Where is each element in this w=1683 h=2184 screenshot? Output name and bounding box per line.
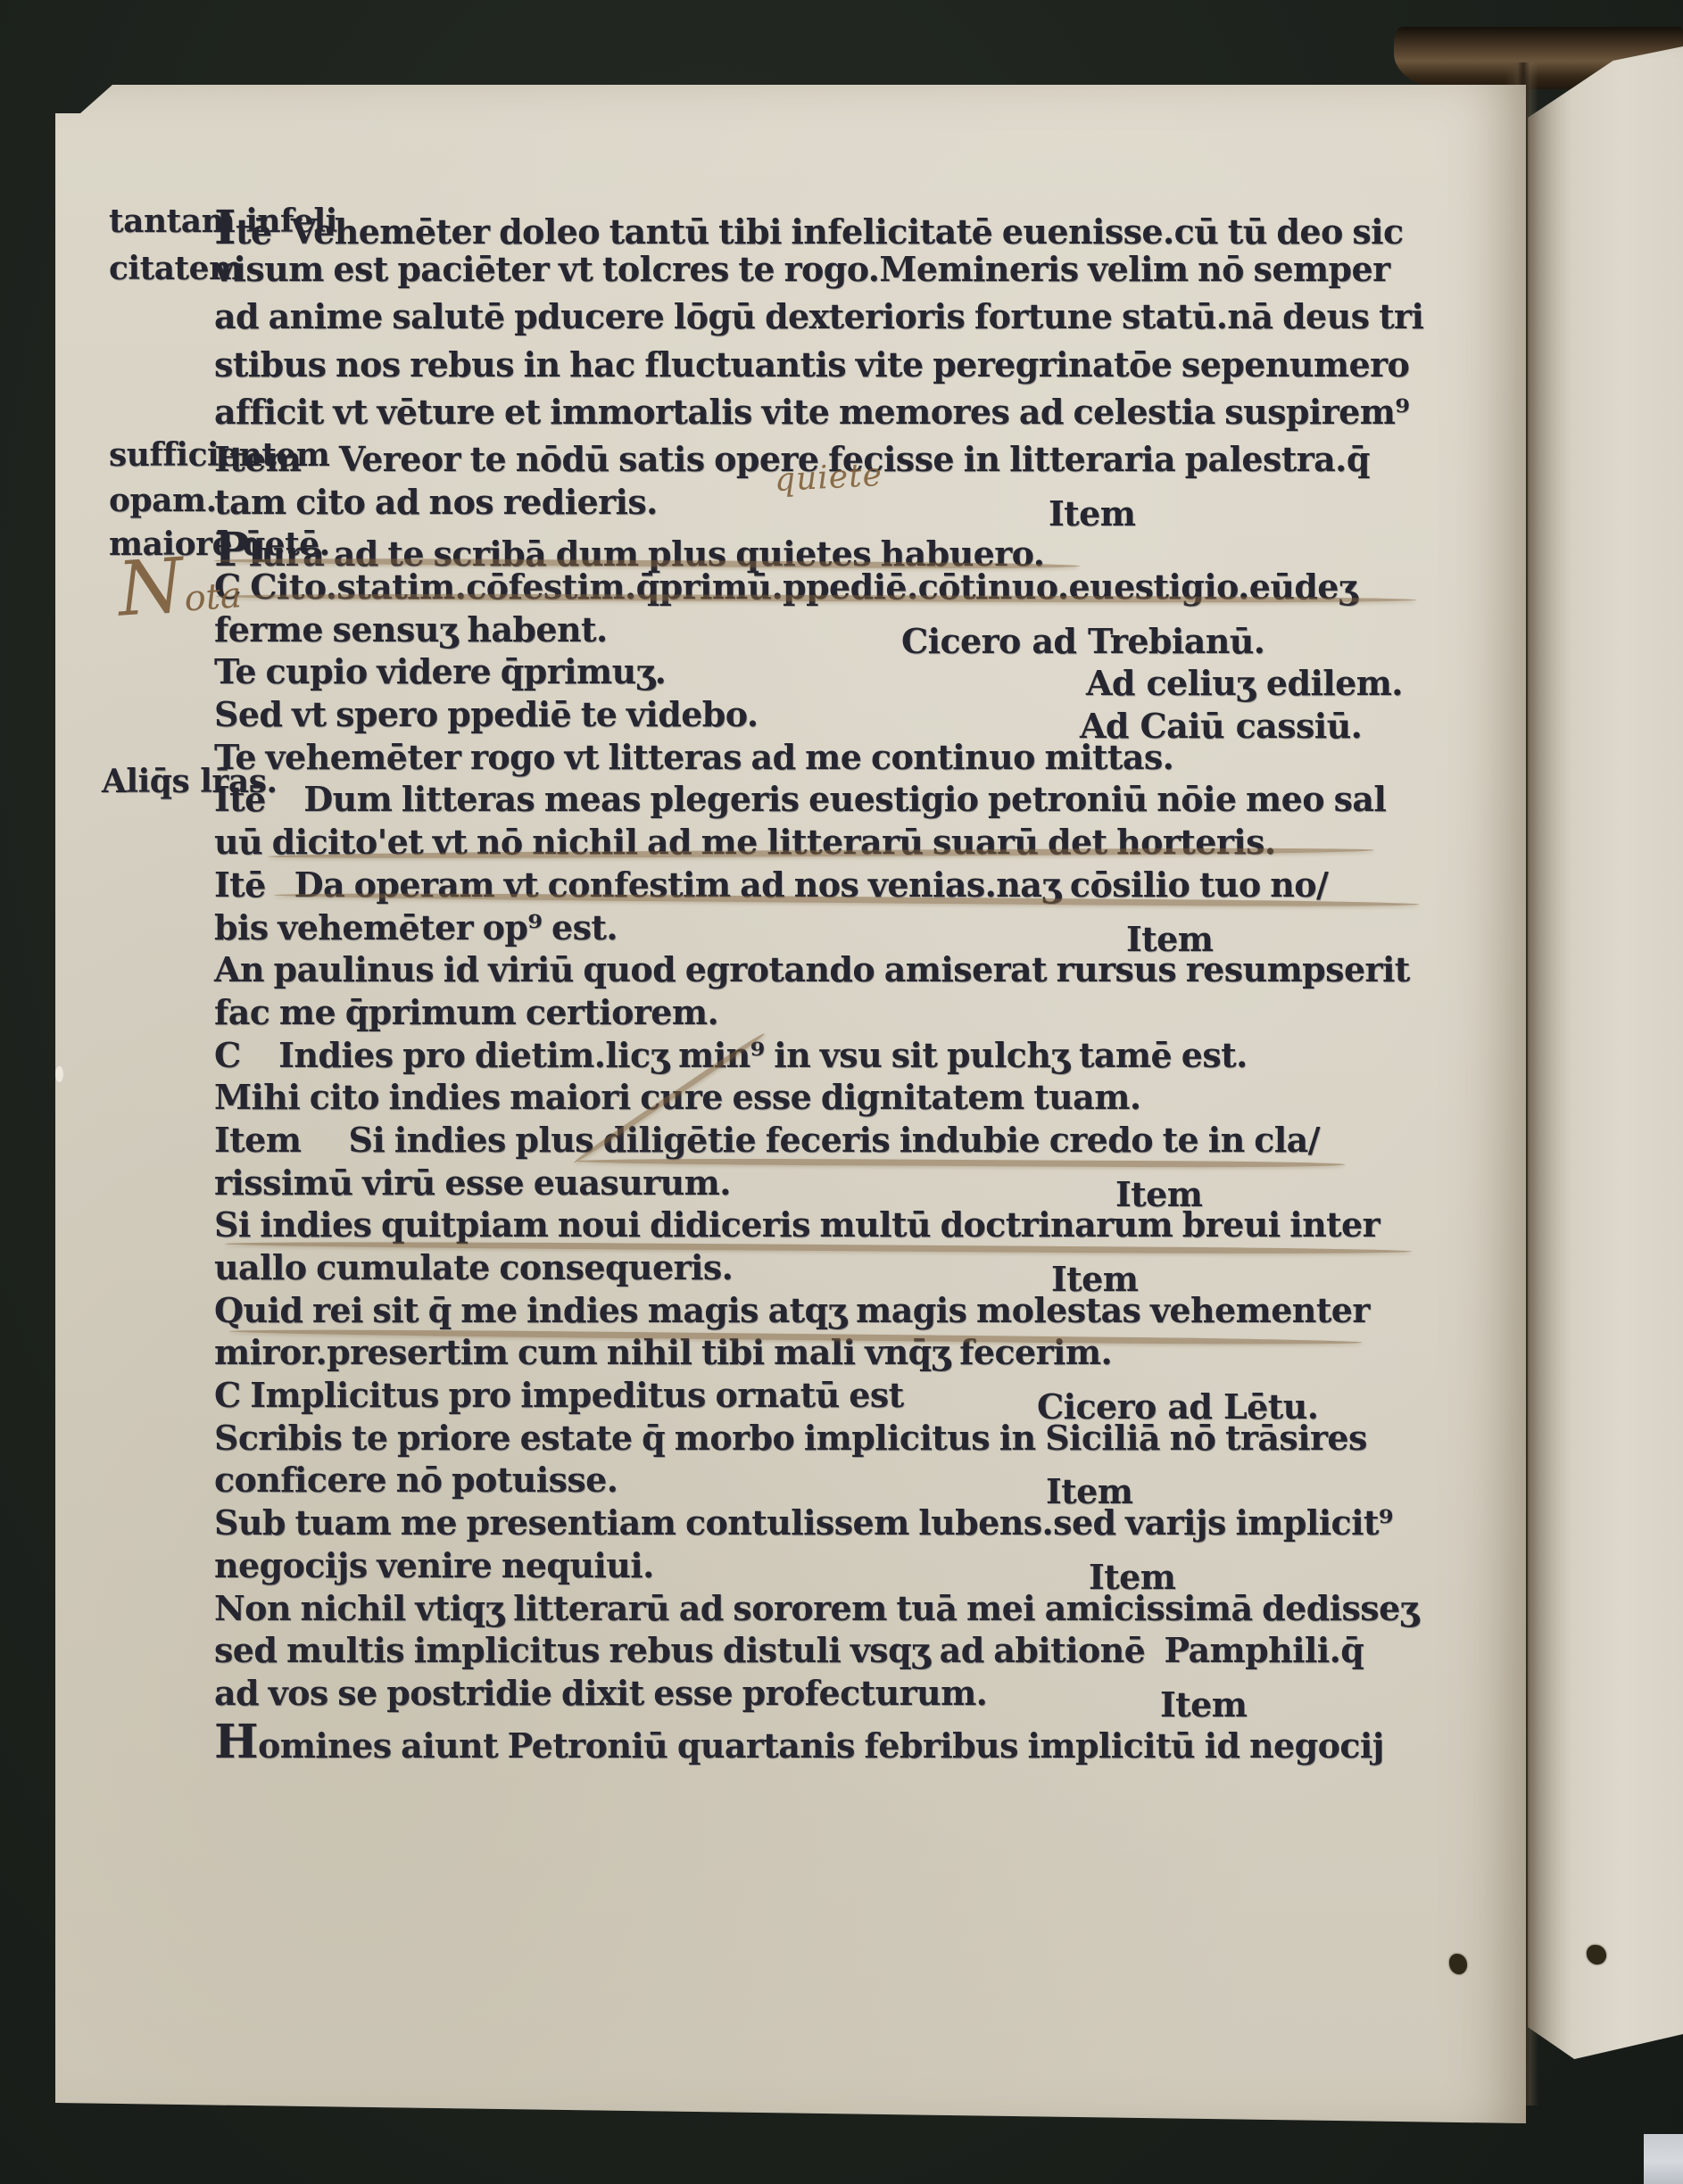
- line-text: ad vos se postridie dixit esse profectur…: [214, 1676, 1463, 1710]
- handwritten-nota-mark: Nota: [115, 537, 244, 633]
- handwritten-gloss: quiete: [774, 457, 883, 499]
- text-line: fac me q̄primum certiorem.: [214, 996, 1463, 1038]
- text-line: negocijs venire nequiui.Item: [214, 1549, 1463, 1592]
- text-line: conficere nō potuisse.Item: [214, 1463, 1463, 1506]
- text-line: rissimū virū esse euasurum.Item: [214, 1166, 1463, 1209]
- next-page-edge: [1528, 37, 1683, 2086]
- line-text: uallo cumulate consequeris.: [214, 1251, 1463, 1285]
- ink-spot: [1449, 1954, 1467, 1974]
- text-line: ad vos se postridie dixit esse profectur…: [214, 1676, 1463, 1719]
- bottom-page-sliver: [1644, 2134, 1683, 2184]
- text-block: Itē Vehemēter doleo tantū tibi infelicit…: [214, 205, 1463, 1761]
- line-text: Sub tuam me presentiam contulissem luben…: [214, 1506, 1463, 1540]
- text-line: visum est paciēter vt tolcres te rogo.Me…: [214, 252, 1463, 300]
- paper-fleck: [55, 1066, 63, 1082]
- text-line: stibus nos rebus in hac fluctuantis vite…: [214, 348, 1463, 395]
- line-right-text: Item: [1160, 1688, 1247, 1722]
- text-line: bis vehemēter op⁹ est.Item: [214, 911, 1463, 954]
- line-text: Quid rei sit q̄ me indies magis atqʒ mag…: [214, 1294, 1463, 1328]
- text-line: uallo cumulate consequeris.Item: [214, 1251, 1463, 1294]
- text-line: C Implicitus pro impeditus ornatū estCic…: [214, 1378, 1463, 1421]
- margin-note: opam.: [109, 484, 217, 517]
- text-line: Homines aiunt Petroniū quartanis febribu…: [214, 1719, 1463, 1762]
- text-line: Te cupio videre q̄primuʒ.Ad celiuʒ edile…: [214, 655, 1463, 698]
- text-line: afficit vt vēture et immortalis vite mem…: [214, 395, 1463, 443]
- text-line: Itē Vehemēter doleo tantū tibi infelicit…: [214, 205, 1463, 252]
- text-line: sed multis implicitus rebus distuli vsqʒ…: [214, 1634, 1463, 1676]
- line-right-text: Cicero ad Trebianū.: [901, 625, 1264, 658]
- line-text: Scribis te priore estate q̄ morbo implic…: [214, 1421, 1463, 1455]
- line-text: An paulinus id viriū quod egrotando amis…: [214, 953, 1463, 987]
- line-right-text: Ad celiuʒ edilem.: [1086, 666, 1403, 700]
- text-line: Itē Dum litteras meas plegeris euestigio…: [214, 782, 1463, 825]
- line-text: Itē Dum litteras meas plegeris euestigio…: [214, 782, 1463, 816]
- line-text: visum est paciēter vt tolcres te rogo.Me…: [214, 252, 1463, 286]
- line-text: Te vehemēter rogo vt litteras ad me cont…: [214, 740, 1463, 774]
- line-text: Itē Vehemēter doleo tantū tibi infelicit…: [214, 205, 1463, 252]
- text-line: Sub tuam me presentiam contulissem luben…: [214, 1506, 1463, 1549]
- line-text: ad anime salutē pducere lōgū dexterioris…: [214, 300, 1463, 334]
- line-text: Homines aiunt Petroniū quartanis febribu…: [214, 1719, 1463, 1766]
- line-right-text: Item: [1049, 497, 1135, 531]
- text-line: ferme sensuʒ habent.Cicero ad Trebianū.: [214, 613, 1463, 656]
- line-text: Item Si indies plus diligētie feceris in…: [214, 1123, 1463, 1157]
- text-line: C Cito.statim.cōfestim.q̄primū.ppediē.cō…: [214, 570, 1463, 613]
- photo-backdrop: tantam infelicitatemsufficientemopam.mai…: [0, 0, 1683, 2184]
- line-text: sed multis implicitus rebus distuli vsqʒ…: [214, 1634, 1463, 1667]
- line-text: negocijs venire nequiui.: [214, 1549, 1463, 1583]
- line-text: Non nichil vtiqʒ litterarū ad sororem tu…: [214, 1592, 1463, 1626]
- text-line: Scribis te priore estate q̄ morbo implic…: [214, 1421, 1463, 1464]
- line-text: conficere nō potuisse.: [214, 1463, 1463, 1497]
- line-text: ferme sensuʒ habent.: [214, 613, 1463, 647]
- text-line: An paulinus id viriū quod egrotando amis…: [214, 953, 1463, 996]
- line-text: stibus nos rebus in hac fluctuantis vite…: [214, 348, 1463, 382]
- text-line: uū dicito'et vt nō nichil ad me litterar…: [214, 825, 1463, 868]
- text-line: Non nichil vtiqʒ litterarū ad sororem tu…: [214, 1592, 1463, 1634]
- line-text: C Indies pro dietim.licʒ min⁹ in vsu sit…: [214, 1038, 1463, 1072]
- text-line: Mihi cito indies maiori cure esse dignit…: [214, 1080, 1463, 1123]
- ink-spot: [1587, 1945, 1606, 1965]
- text-line: C Indies pro dietim.licʒ min⁹ in vsu sit…: [214, 1038, 1463, 1081]
- text-line: ad anime salutē pducere lōgū dexterioris…: [214, 300, 1463, 347]
- line-text: bis vehemēter op⁹ est.: [214, 911, 1463, 945]
- line-text: fac me q̄primum certiorem.: [214, 996, 1463, 1030]
- text-line: Sed vt spero ppediē te videbo.Ad Caiū ca…: [214, 698, 1463, 740]
- line-text: Si indies quitpiam noui didiceris multū …: [214, 1208, 1463, 1242]
- text-line: Te vehemēter rogo vt litteras ad me cont…: [214, 740, 1463, 783]
- line-text: afficit vt vēture et immortalis vite mem…: [214, 395, 1463, 429]
- book-page: tantam infelicitatemsufficientemopam.mai…: [55, 85, 1526, 2123]
- line-text: Mihi cito indies maiori cure esse dignit…: [214, 1080, 1463, 1114]
- line-text: rissimū virū esse euasurum.: [214, 1166, 1463, 1200]
